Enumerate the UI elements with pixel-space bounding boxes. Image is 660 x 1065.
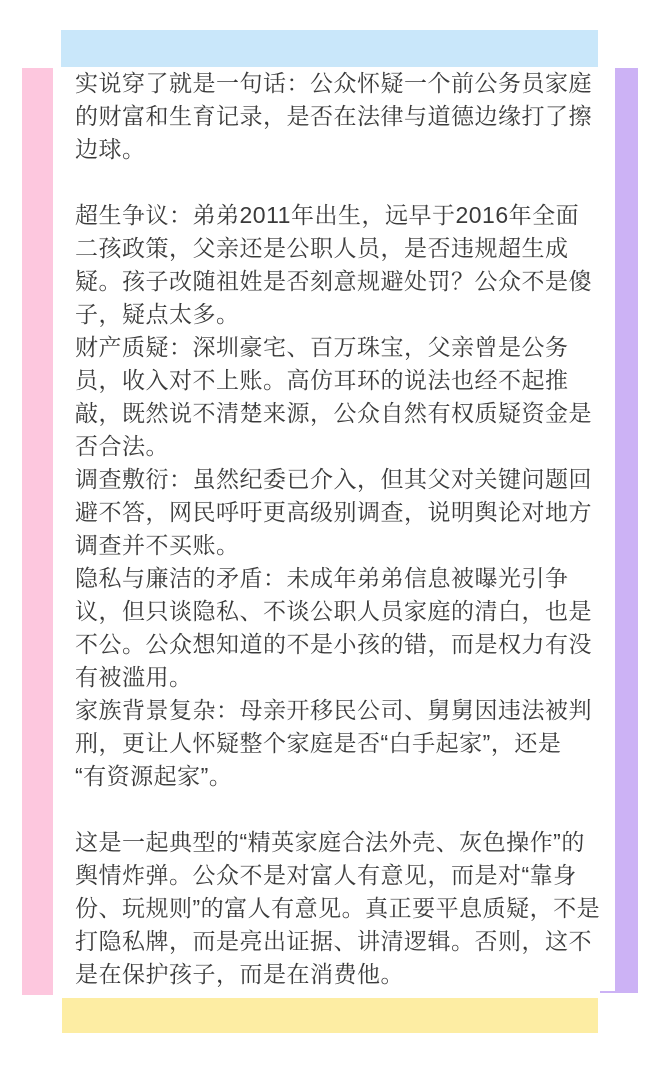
paragraph-summary-intro: 实说穿了就是一句话：公众怀疑一个前公务员家庭 的财富和生育记录，是否在法律与道德… bbox=[75, 67, 615, 166]
paragraph-yinsi-lianjie: 隐私与廉洁的矛盾：未成年弟弟信息被曝光引争 议，但只谈隐私、不谈公职人员家庭的清… bbox=[75, 562, 615, 694]
paragraph-chaosheng-zhengyi: 超生争议：弟弟2011年出生，远早于2016年全面 二孩政策，父亲还是公职人员，… bbox=[75, 199, 615, 331]
quote-card-page: { "decor": { "top_bar_color": "#c9e7fa",… bbox=[0, 0, 660, 1065]
quote-card: 实说穿了就是一句话：公众怀疑一个前公务员家庭 的财富和生育记录，是否在法律与道德… bbox=[0, 0, 660, 1065]
paragraph-caichan-zhiyi: 财产质疑：深圳豪宅、百万珠宝，父亲曾是公务 员，收入对不上账。高仿耳环的说法也经… bbox=[75, 331, 615, 463]
left-highlight-bar bbox=[22, 68, 53, 995]
post-text-panel: 实说穿了就是一句话：公众怀疑一个前公务员家庭 的财富和生育记录，是否在法律与道德… bbox=[75, 67, 615, 991]
paragraph-jiazu-beijing: 家族背景复杂：母亲开移民公司、舅舅因违法被判 刑，更让人怀疑整个家庭是否“白手起… bbox=[75, 694, 615, 793]
paragraph-conclusion: 这是一起典型的“精英家庭合法外壳、灰色操作”的 舆情炸弹。公众不是对富人有意见，… bbox=[75, 826, 615, 991]
paragraph-diaocha-fuyan: 调查敷衍：虽然纪委已介入，但其父对关键问题回 避不答，网民呼吁更高级别调查，说明… bbox=[75, 463, 615, 562]
bottom-highlight-bar bbox=[62, 998, 598, 1033]
top-highlight-bar bbox=[61, 30, 598, 67]
